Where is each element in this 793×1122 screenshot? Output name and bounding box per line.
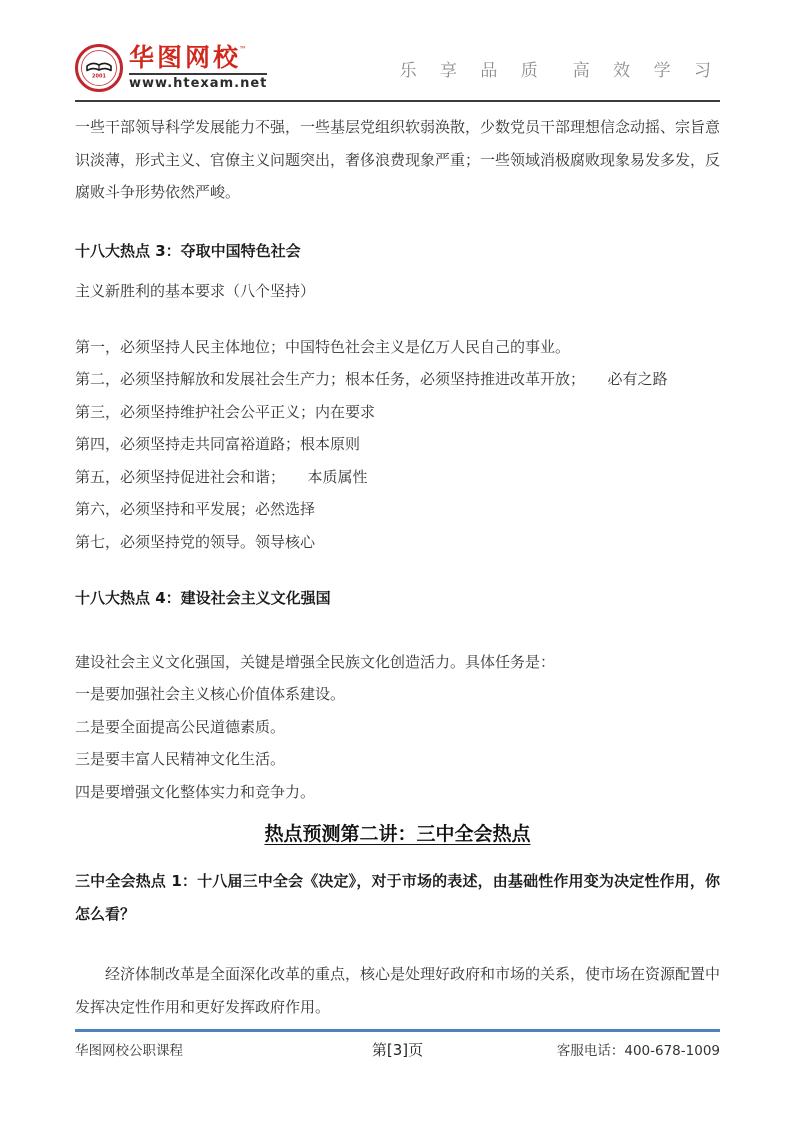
list-item: 四是要增强文化整体实力和竞争力。 (75, 776, 720, 809)
service-phone: 客服电话：400-678-1009 (557, 1039, 720, 1059)
footer-divider (75, 1029, 720, 1032)
list-item: 三是要丰富人民精神文化生活。 (75, 743, 720, 776)
list-item: 第二，必须坚持解放和发展社会生产力；根本任务，必须坚持推进改革开放； 必有之路 (75, 363, 720, 396)
header-slogan: 乐 享 品 质高 效 学 习 (400, 56, 720, 81)
list-item: 第六，必须坚持和平发展；必然选择 (75, 493, 720, 526)
page-header: 2001 华图网校 ™ www.htexam.net 乐 享 品 质高 效 学 … (75, 0, 720, 102)
brand-url: www.htexam.net (129, 73, 267, 91)
lecture2-answer: 经济体制改革是全面深化改革的重点，核心是处理好政府和市场的关系，使市场在资源配置… (75, 958, 720, 1023)
section4-list: 一是要加强社会主义核心价值体系建设。 二是要全面提高公民道德素质。 三是要丰富人… (75, 678, 720, 808)
lecture2-question: 三中全会热点 1：十八届三中全会《决定》，对于市场的表述，由基础性作用变为决定性… (75, 865, 720, 930)
page-footer: 华图网校公职课程 第[3]页 客服电话：400-678-1009 (75, 1029, 720, 1060)
section4-title: 十八大热点 4：建设社会主义文化强国 (75, 582, 720, 615)
paragraph-intro: 一些干部领导科学发展能力不强，一些基层党组织软弱涣散，少数党员干部理想信念动摇、… (75, 111, 720, 209)
section3-list: 第一，必须坚持人民主体地位；中国特色社会主义是亿万人民自己的事业。 第二，必须坚… (75, 331, 720, 559)
svg-text:2001: 2001 (92, 74, 106, 80)
brand-name: 华图网校 (129, 45, 241, 71)
document-page: 2001 华图网校 ™ www.htexam.net 乐 享 品 质高 效 学 … (0, 0, 793, 1122)
list-item: 一是要加强社会主义核心价值体系建设。 (75, 678, 720, 711)
logo-text: 华图网校 ™ www.htexam.net (129, 45, 267, 91)
page-number: 第[3]页 (372, 1039, 423, 1060)
huatu-logo: 2001 华图网校 ™ www.htexam.net (75, 44, 267, 92)
footer-course-label: 华图网校公职课程 (75, 1039, 183, 1059)
list-item: 第四，必须坚持走共同富裕道路；根本原则 (75, 428, 720, 461)
section4-intro: 建设社会主义文化强国，关键是增强全民族文化创造活力。具体任务是： (75, 646, 720, 679)
list-item: 第七，必须坚持党的领导。领导核心 (75, 526, 720, 559)
list-item: 第五，必须坚持促进社会和谐； 本质属性 (75, 461, 720, 494)
slogan-left: 乐 享 品 质 (400, 61, 547, 81)
trademark-mark: ™ (239, 45, 247, 55)
slogan-right: 高 效 学 习 (573, 61, 720, 81)
list-item: 第一，必须坚持人民主体地位；中国特色社会主义是亿万人民自己的事业。 (75, 331, 720, 364)
list-item: 第三，必须坚持维护社会公平正义；内在要求 (75, 396, 720, 429)
list-item: 二是要全面提高公民道德素质。 (75, 711, 720, 744)
lecture2-title: 热点预测第二讲：三中全会热点 (75, 817, 720, 851)
document-body: 一些干部领导科学发展能力不强，一些基层党组织软弱涣散，少数党员干部理想信念动摇、… (75, 102, 720, 1023)
section3-subtitle: 主义新胜利的基本要求（八个坚持） (75, 275, 720, 308)
section3-title: 十八大热点 3：夺取中国特色社会 (75, 235, 720, 268)
huatu-seal-icon: 2001 (75, 44, 123, 92)
